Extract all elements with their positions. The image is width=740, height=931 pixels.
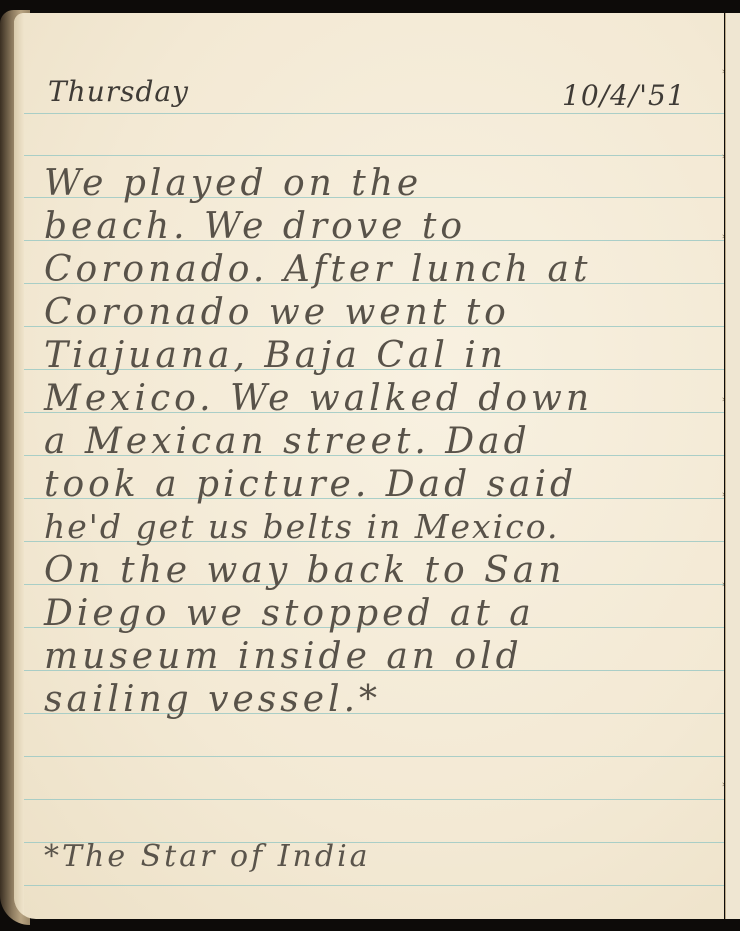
entry-line: Tiajuana, Baja Cal in bbox=[44, 335, 507, 376]
entry-line: a Mexican street. Dad bbox=[44, 421, 531, 462]
ruled-line bbox=[24, 756, 724, 757]
stitch-mark: ✶ bbox=[721, 583, 724, 589]
ruled-line bbox=[24, 113, 724, 114]
entry-date: 10/4/'51 bbox=[562, 79, 686, 112]
entry-line: sailing vessel.* bbox=[44, 679, 381, 720]
stitch-mark: ✶ bbox=[721, 70, 724, 76]
entry-line: Coronado we went to bbox=[44, 292, 510, 333]
entry-line: he'd get us belts in Mexico. bbox=[44, 507, 560, 546]
stitch-mark: ✶ bbox=[721, 235, 724, 241]
ruled-line bbox=[24, 885, 724, 886]
stitch-mark: ✶ bbox=[721, 783, 724, 789]
page-gutter bbox=[14, 13, 24, 919]
ruled-line bbox=[24, 155, 724, 156]
entry-line: Coronado. After lunch at bbox=[44, 249, 591, 290]
entry-line: beach. We drove to bbox=[44, 206, 466, 247]
adjacent-page-edge bbox=[725, 13, 740, 919]
diary-page: ✶ ✶ ✶ ✶ ✶ ✶ ✶ Thursday 10/4/'51 We playe… bbox=[14, 13, 724, 919]
entry-line: On the way back to San bbox=[44, 550, 565, 591]
entry-line: Mexico. We walked down bbox=[44, 378, 593, 419]
stitch-mark: ✶ bbox=[721, 398, 724, 404]
entry-line: took a picture. Dad said bbox=[44, 464, 577, 505]
stitch-mark: ✶ bbox=[721, 155, 724, 161]
entry-line: museum inside an old bbox=[44, 636, 523, 677]
entry-line: We played on the bbox=[44, 163, 422, 204]
stitch-mark: ✶ bbox=[721, 493, 724, 499]
entry-line: Diego we stopped at a bbox=[44, 593, 535, 634]
ruled-line bbox=[24, 799, 724, 800]
entry-day: Thursday bbox=[48, 75, 189, 108]
footnote: *The Star of India bbox=[44, 839, 371, 874]
